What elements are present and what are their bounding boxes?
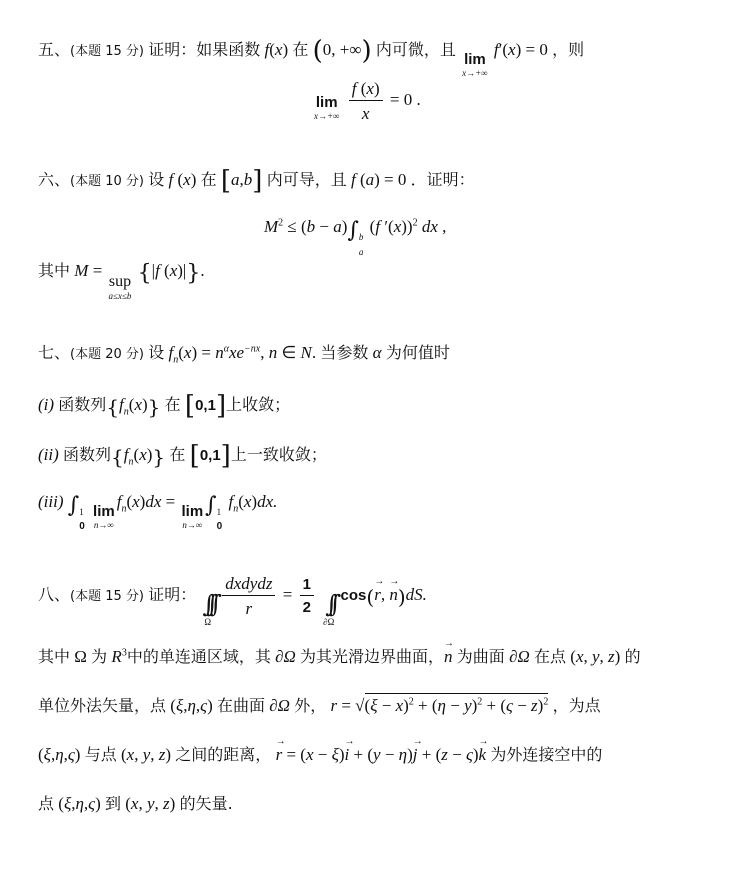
problem-7-part-iii: (iii) ∫10 limn→∞fn(x)dx = limn→∞∫10 fn(x… (38, 493, 277, 532)
problem-6-definition: 其中 M = supa≤x≤b {|f (x)|}. (38, 262, 205, 301)
problem-7-part-ii: (ii) 函数列{fn(x)} 在 [0,1]上一致收敛； (38, 443, 327, 469)
interval: 0, +∞ (323, 40, 362, 59)
problem-5-statement: 五、(本题 15 分) 证明：如果函数 f(x) 在 (0, +∞) 内可微，且… (38, 38, 584, 78)
explanation-line-3: (ξ,η,ς) 与点 (x, y, z) 之间的距离， r = (x − ξ)i… (38, 746, 602, 763)
problem-6-inequality: M2 ≤ (b − a)∫ba (f ′(x))2 dx , (264, 218, 446, 257)
fraction: f (x) x (349, 80, 383, 122)
problem-7-part-i: (i) 函数列{fn(x)} 在 [0,1]上收敛； (38, 393, 290, 419)
problem-number: 五、 (38, 40, 70, 59)
problem-5-conclusion: limx→+∞ f (x) x = 0 . (312, 80, 421, 122)
explanation-line-2: 单位外法矢量，点 (ξ,η,ς) 在曲面 ∂Ω 外， r = √(ξ − x)2… (38, 697, 601, 714)
explanation-line-4: 点 (ξ,η,ς) 到 (x, y, z) 的矢量. (38, 795, 233, 812)
problem-6-statement: 六、(本题 10 分) 设 f (x) 在 [a,b] 内可导，且 f (a) … (38, 168, 475, 194)
problem-8-statement: 八、(本题 15 分) 证明： ∫∫∫Ω dxdydz r = 1 2 ∫∫∂Ω… (38, 575, 427, 627)
explanation-line-1: 其中 Ω 为 R3中的单连通区域，其 ∂Ω 为其光滑边界曲面，n 为曲面 ∂Ω … (38, 648, 641, 665)
problem-7-statement: 七、(本题 20 分) 设 fn(x) = nαxe−nx, n ∈ N. 当参… (38, 344, 450, 361)
fraction: dxdydz r (222, 575, 275, 617)
limit: limx→+∞ (462, 52, 487, 78)
problem-points: (本题 15 分) (70, 44, 144, 59)
